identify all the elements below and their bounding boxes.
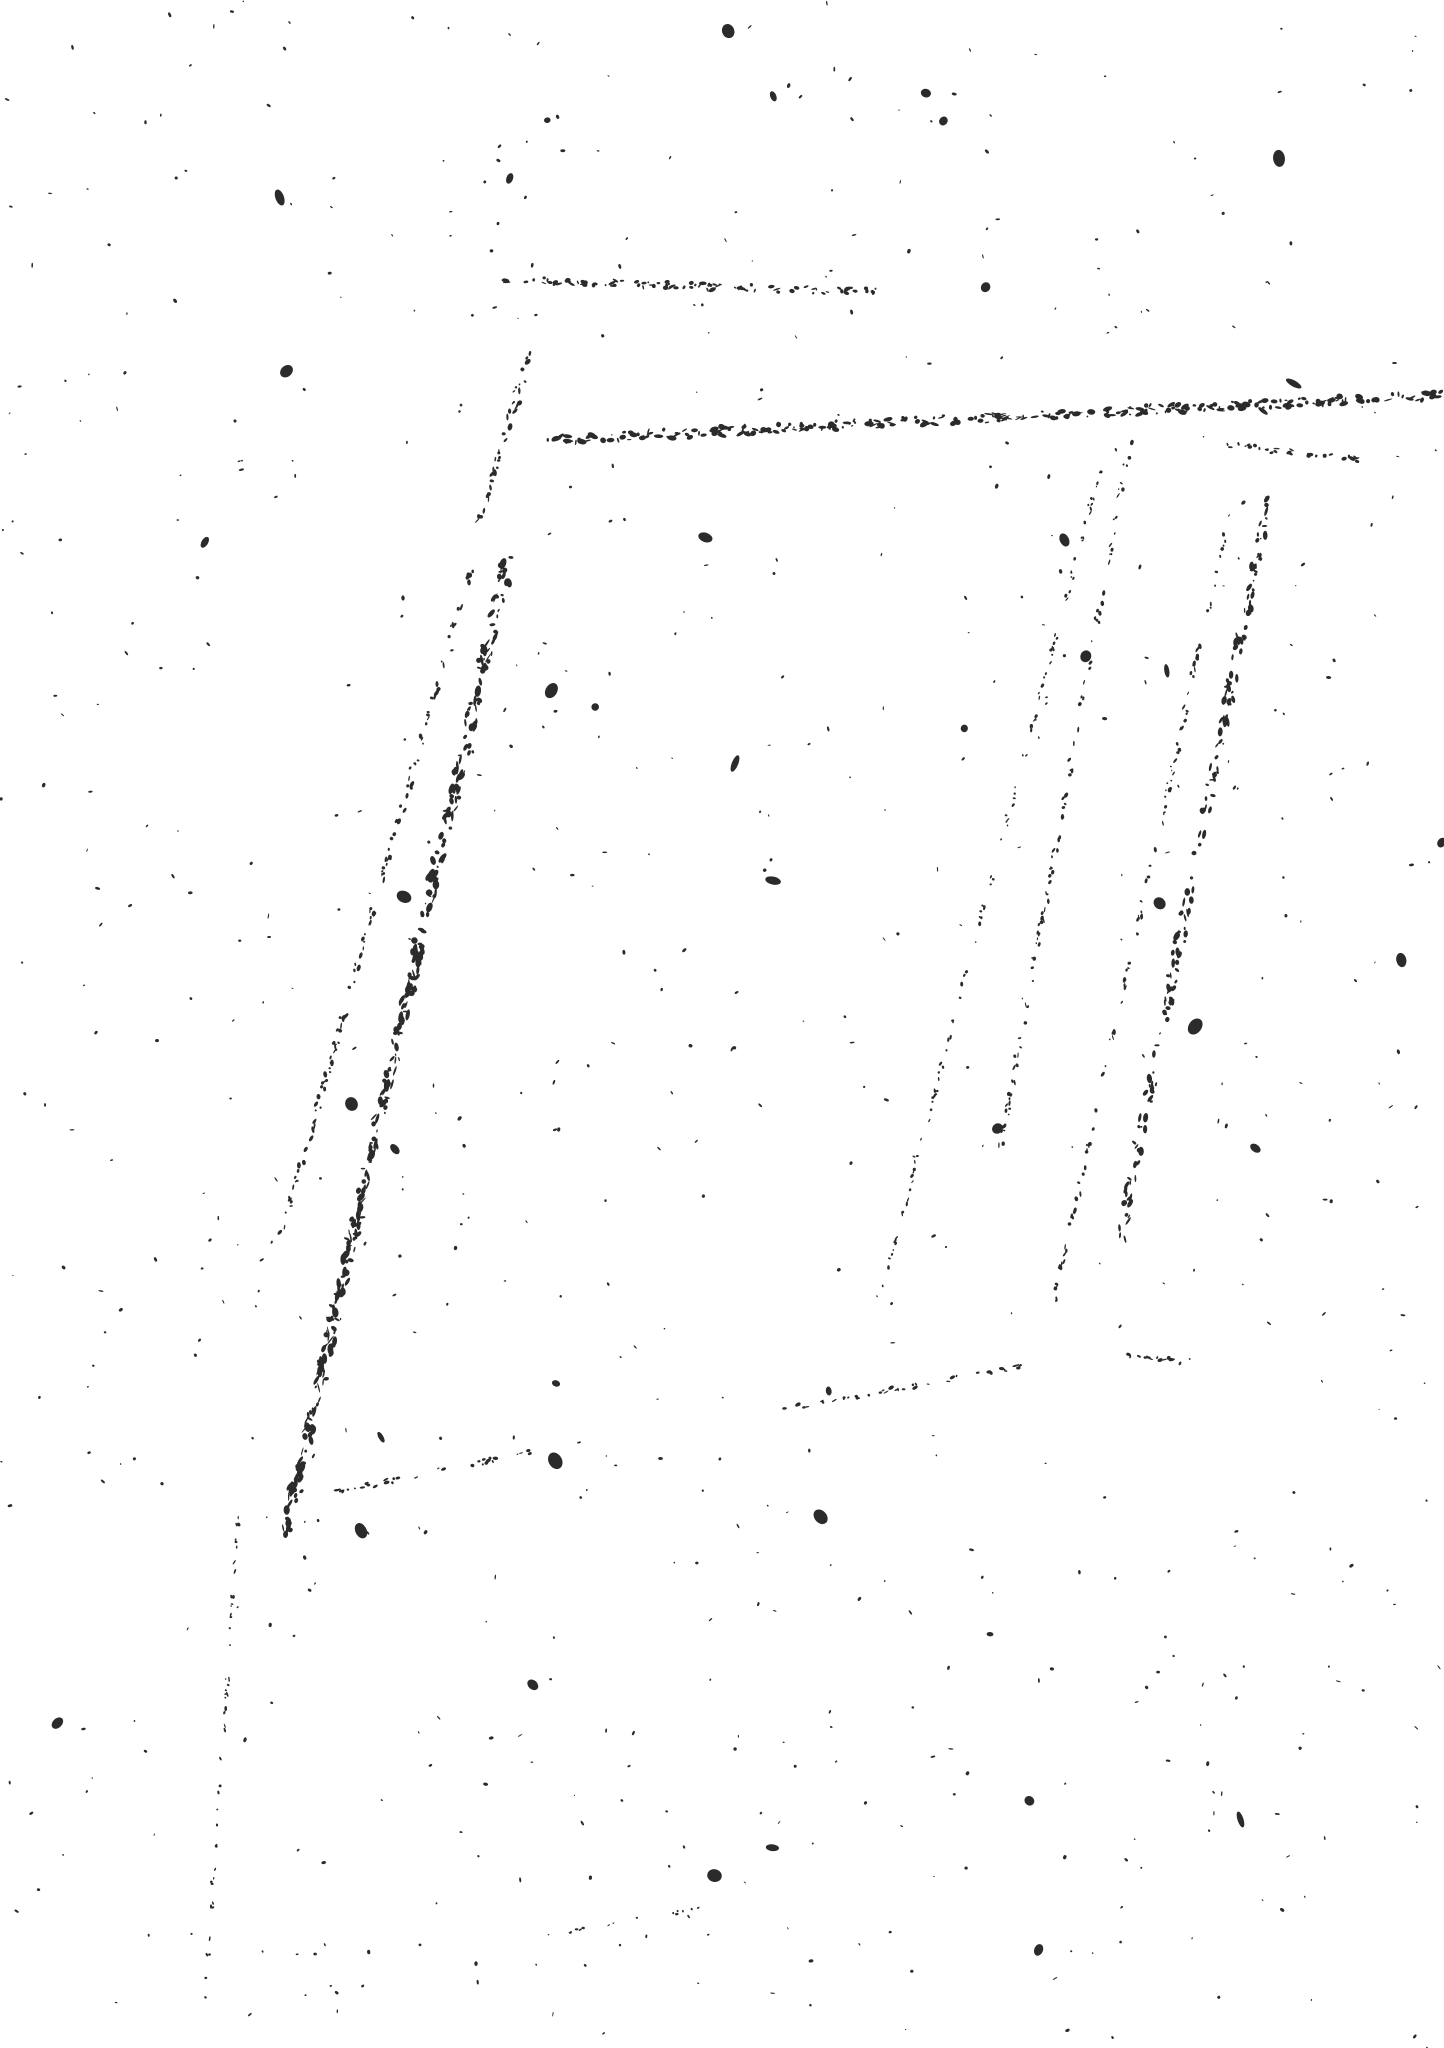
background	[0, 0, 1444, 2048]
grunge-texture	[0, 0, 1444, 2048]
